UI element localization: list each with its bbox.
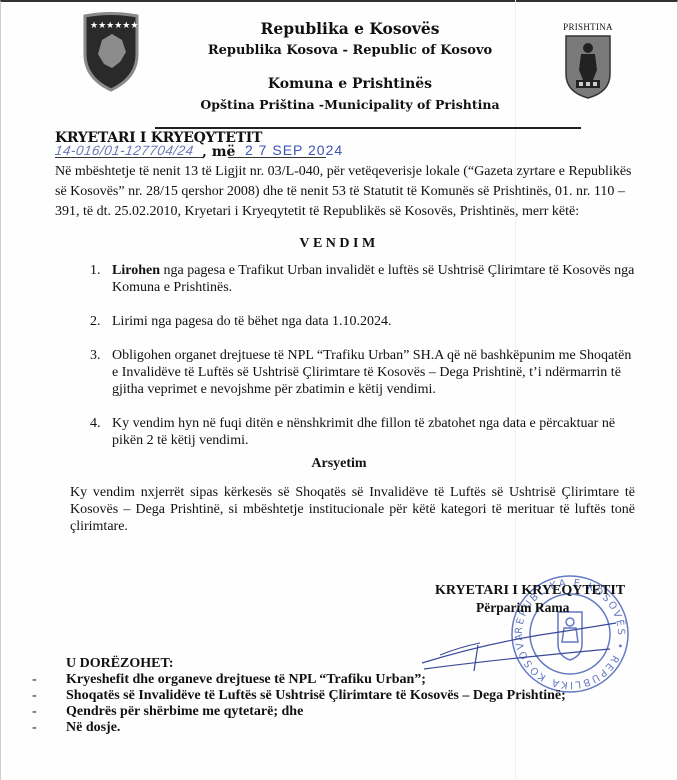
signatory-title: KRYETARI I KRYEQYTETIT xyxy=(435,583,625,599)
handwritten-signature-icon xyxy=(420,615,620,675)
decision-item: 4.Ky vendim hyn në fuqi ditën e nënshkri… xyxy=(90,415,635,449)
decision-heading: VENDIM xyxy=(0,236,678,252)
republic-subtitle: Republika Kosova - Republic of Kosovo xyxy=(160,43,540,58)
republic-title: Republika e Kosovës xyxy=(160,19,540,38)
header-divider xyxy=(155,127,581,129)
decision-item: 1.Lirohen nga pagesa e Trafikut Urban in… xyxy=(90,262,635,296)
protocol-underline xyxy=(55,157,203,158)
delivery-item: -Shoqatës së Invalidëve të Luftës së Ush… xyxy=(32,688,566,704)
prishtina-coat-of-arms: PRISHTINA xyxy=(560,22,616,102)
decision-items: 1.Lirohen nga pagesa e Trafikut Urban in… xyxy=(90,262,635,466)
municipality-title: Komuna e Prishtinës xyxy=(160,76,540,92)
delivery-item: -Qendrës për shërbime me qytetarë; dhe xyxy=(32,704,566,720)
prishtina-label: PRISHTINA xyxy=(560,22,616,32)
delivery-list: -Kryeshefit dhe organeve drejtuese të NP… xyxy=(32,672,566,736)
signatory-name: Përparim Rama xyxy=(476,600,569,616)
svg-text:★★★★★★: ★★★★★★ xyxy=(90,21,138,31)
delivery-heading: U DORËZOHET: xyxy=(66,656,173,672)
delivery-item: -Kryeshefit dhe organeve drejtuese të NP… xyxy=(32,672,566,688)
justification-heading: Arsyetim xyxy=(0,456,678,472)
justification-paragraph: Ky vendim nxjerrët sipas kërkesës së Sho… xyxy=(70,484,635,535)
prishtina-coat-of-arms-icon xyxy=(564,34,612,100)
kosovo-coat-of-arms-icon: ★★★★★★ xyxy=(82,12,140,92)
date-stamp: 2 7 SEP 2024 xyxy=(245,142,343,158)
delivery-item: -Në dosje. xyxy=(32,720,566,736)
decision-item: 3.Obligohen organet drejtuese të NPL “Tr… xyxy=(90,347,635,398)
decision-item: 2.Lirimi nga pagesa do të bëhet nga data… xyxy=(90,313,635,330)
protocol-number: 14-016/01-127704/24 xyxy=(54,143,195,158)
municipality-subtitle: Opština Priština -Municipality of Prisht… xyxy=(160,97,540,112)
legal-basis-paragraph: Në mbështetje të nenit 13 të Ligjit nr. … xyxy=(55,162,635,222)
